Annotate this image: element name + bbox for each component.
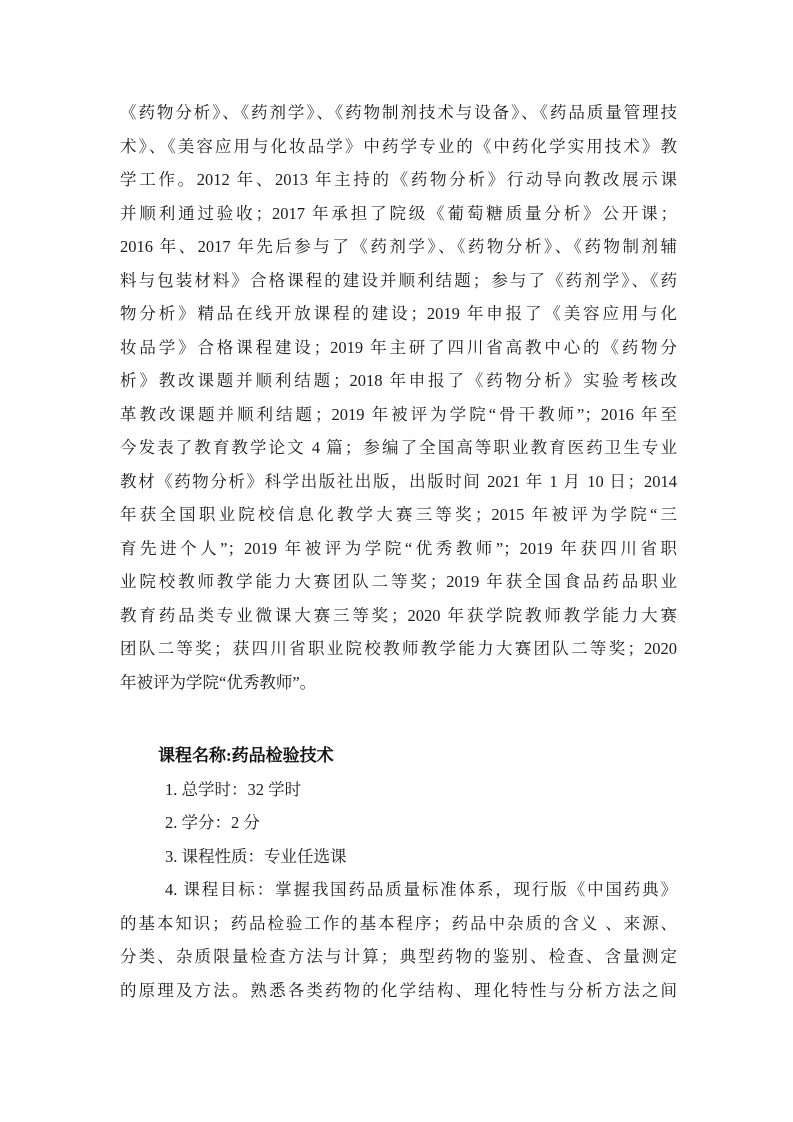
text-line: 团队二等奖；获四川省职业院校教师教学能力大赛团队二等奖；2020 bbox=[120, 632, 677, 666]
document-page: 《药物分析》、《药剂学》、《药物制剂技术与设备》、《药品质量管理技 术》、《美容… bbox=[0, 0, 793, 1122]
text-line: 妆品学》合格课程建设；2019 年主研了四川省高教中心的《药物分 bbox=[120, 331, 677, 365]
course-objective-paragraph: 4. 课程目标：掌握我国药品质量标准体系，现行版《中国药典》 的基本知识；药品检… bbox=[120, 873, 677, 1007]
text-line: 析》教改课题并顺利结题；2018 年申报了《药物分析》实验考核改 bbox=[120, 364, 677, 398]
course-item-credits: 2. 学分：2 分 bbox=[120, 806, 677, 840]
text-line: 学工作。2012 年、2013 年主持的《药物分析》行动导向教改展示课 bbox=[120, 163, 677, 197]
text-line: 的基本知识；药品检验工作的基本程序；药品中杂质的含义 、来源、 bbox=[120, 907, 677, 941]
text-line: 教材《药物分析》科学出版社出版，出版时间 2021 年 1 月 10 日；201… bbox=[120, 465, 677, 499]
text-line: 术》、《美容应用与化妆品学》中药学专业的《中药化学实用技术》教 bbox=[120, 130, 677, 164]
text-line: 年被评为学院“优秀教师”。 bbox=[120, 666, 677, 700]
text-line: 2016 年、2017 年先后参与了《药剂学》、《药物分析》、《药物制剂辅 bbox=[120, 230, 677, 264]
text-line: 育先进个人”；2019 年被评为学院“优秀教师”；2019 年获四川省职 bbox=[120, 532, 677, 566]
text-line: 料与包装材料》合格课程的建设并顺利结题；参与了《药剂学》、《药 bbox=[120, 264, 677, 298]
text-block: 《药物分析》、《药剂学》、《药物制剂技术与设备》、《药品质量管理技 术》、《美容… bbox=[120, 96, 677, 1007]
text-line: 4. 课程目标：掌握我国药品质量标准体系，现行版《中国药典》 bbox=[120, 873, 677, 907]
text-line: 的原理及方法。熟悉各类药物的化学结构、理化特性与分析方法之间 bbox=[120, 974, 677, 1008]
text-line: 革教改课题并顺利结题；2019 年被评为学院“骨干教师”；2016 年至 bbox=[120, 398, 677, 432]
text-line: 教育药品类专业微课大赛三等奖；2020 年获学院教师教学能力大赛 bbox=[120, 599, 677, 633]
bio-paragraph: 《药物分析》、《药剂学》、《药物制剂技术与设备》、《药品质量管理技 术》、《美容… bbox=[120, 96, 677, 699]
course-item-total-hours: 1. 总学时：32 学时 bbox=[120, 773, 677, 807]
text-line: 并顺利通过验收；2017 年承担了院级《葡萄糖质量分析》公开课； bbox=[120, 197, 677, 231]
text-line: 物分析》精品在线开放课程的建设；2019 年申报了《美容应用与化 bbox=[120, 297, 677, 331]
text-line: 业院校教师教学能力大赛团队二等奖；2019 年获全国食品药品职业 bbox=[120, 565, 677, 599]
course-item-course-type: 3. 课程性质：专业任选课 bbox=[120, 840, 677, 874]
text-line: 分类、杂质限量检查方法与计算；典型药物的鉴别、检查、含量测定 bbox=[120, 940, 677, 974]
text-line: 今发表了教育教学论文 4 篇；参编了全国高等职业教育医药卫生专业 bbox=[120, 431, 677, 465]
text-line: 年获全国职业院校信息化教学大赛三等奖；2015 年被评为学院“三 bbox=[120, 498, 677, 532]
course-name-heading: 课程名称:药品检验技术 bbox=[120, 739, 677, 773]
text-line: 《药物分析》、《药剂学》、《药物制剂技术与设备》、《药品质量管理技 bbox=[120, 96, 677, 130]
